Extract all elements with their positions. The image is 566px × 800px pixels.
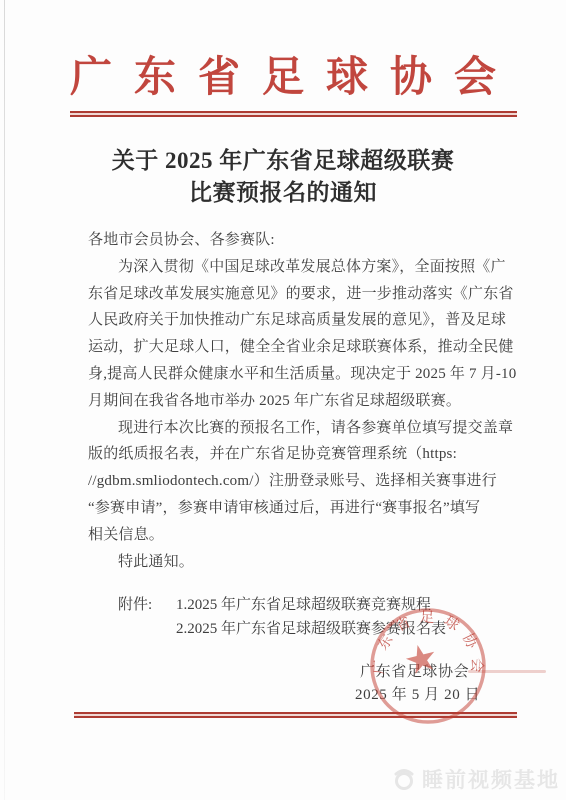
body-line: 为深入贯彻《中国足球改革发展总体方案》，全面按照《广 — [118, 254, 506, 281]
body-line: 身,提高人民群众健康水平和生活质量。现决定于 2025 年 7 月-10 — [88, 361, 516, 388]
document-title-line1: 关于 2025 年广东省足球超级联赛 — [0, 142, 566, 175]
signature-org: 广东省足球协会 — [360, 661, 469, 683]
watermark-text: 睡前视频基地 — [422, 764, 560, 794]
body-line: 人民政府关于加快推动广东足球高质量发展的意见》，普及足球 — [88, 307, 506, 334]
attachment-item: 2.2025 年广东省足球超级联赛参赛报名表 — [176, 617, 446, 641]
seal-ink-smudge — [468, 670, 546, 673]
attachments-label: 附件: — [118, 593, 152, 617]
footer-rule — [74, 712, 517, 718]
watermark: 睡前视频基地 — [391, 764, 560, 794]
body-line: //gdbm.smliodontech.com/）注册登录账号、选择相关赛事进行 — [88, 468, 497, 495]
document-page: 广东省足球协会 关于 2025 年广东省足球超级联赛 比赛预报名的通知 各地市会… — [0, 0, 566, 800]
letterhead-org-name: 广东省足球协会 — [0, 44, 566, 104]
body-line: 相关信息。 — [88, 522, 164, 549]
body-line: 运动，扩大足球人口，健全全省业余足球联赛体系，推动全民健 — [88, 334, 514, 361]
body-line: 东省足球改革发展实施意见》的要求，进一步推动落实《广东省 — [88, 281, 514, 308]
body-line: 月期间在我省各地市举办 2025 年广东省足球超级联赛。 — [88, 388, 461, 415]
watermark-logo-icon — [391, 766, 417, 792]
attachment-item: 1.2025 年广东省足球超级联赛竞赛规程 — [176, 593, 431, 617]
salutation: 各地市会员协会、各参赛队: — [88, 227, 275, 254]
scan-edge-line — [4, 0, 5, 800]
body-line: “参赛申请”，参赛申请审核通过后，再进行“赛事报名”填写 — [88, 495, 480, 522]
closing-line: 特此通知。 — [118, 549, 194, 576]
body-line: 现进行本次比赛的预报名工作，请各参赛单位填写提交盖章 — [118, 415, 513, 442]
signature-date: 2025 年 5 月 20 日 — [355, 684, 480, 706]
letterhead-rule — [70, 111, 517, 117]
body-line: 版的纸质报名表，并在广东省足协竞赛管理系统（https: — [88, 441, 457, 468]
document-title-line2: 比赛预报名的通知 — [0, 174, 566, 207]
